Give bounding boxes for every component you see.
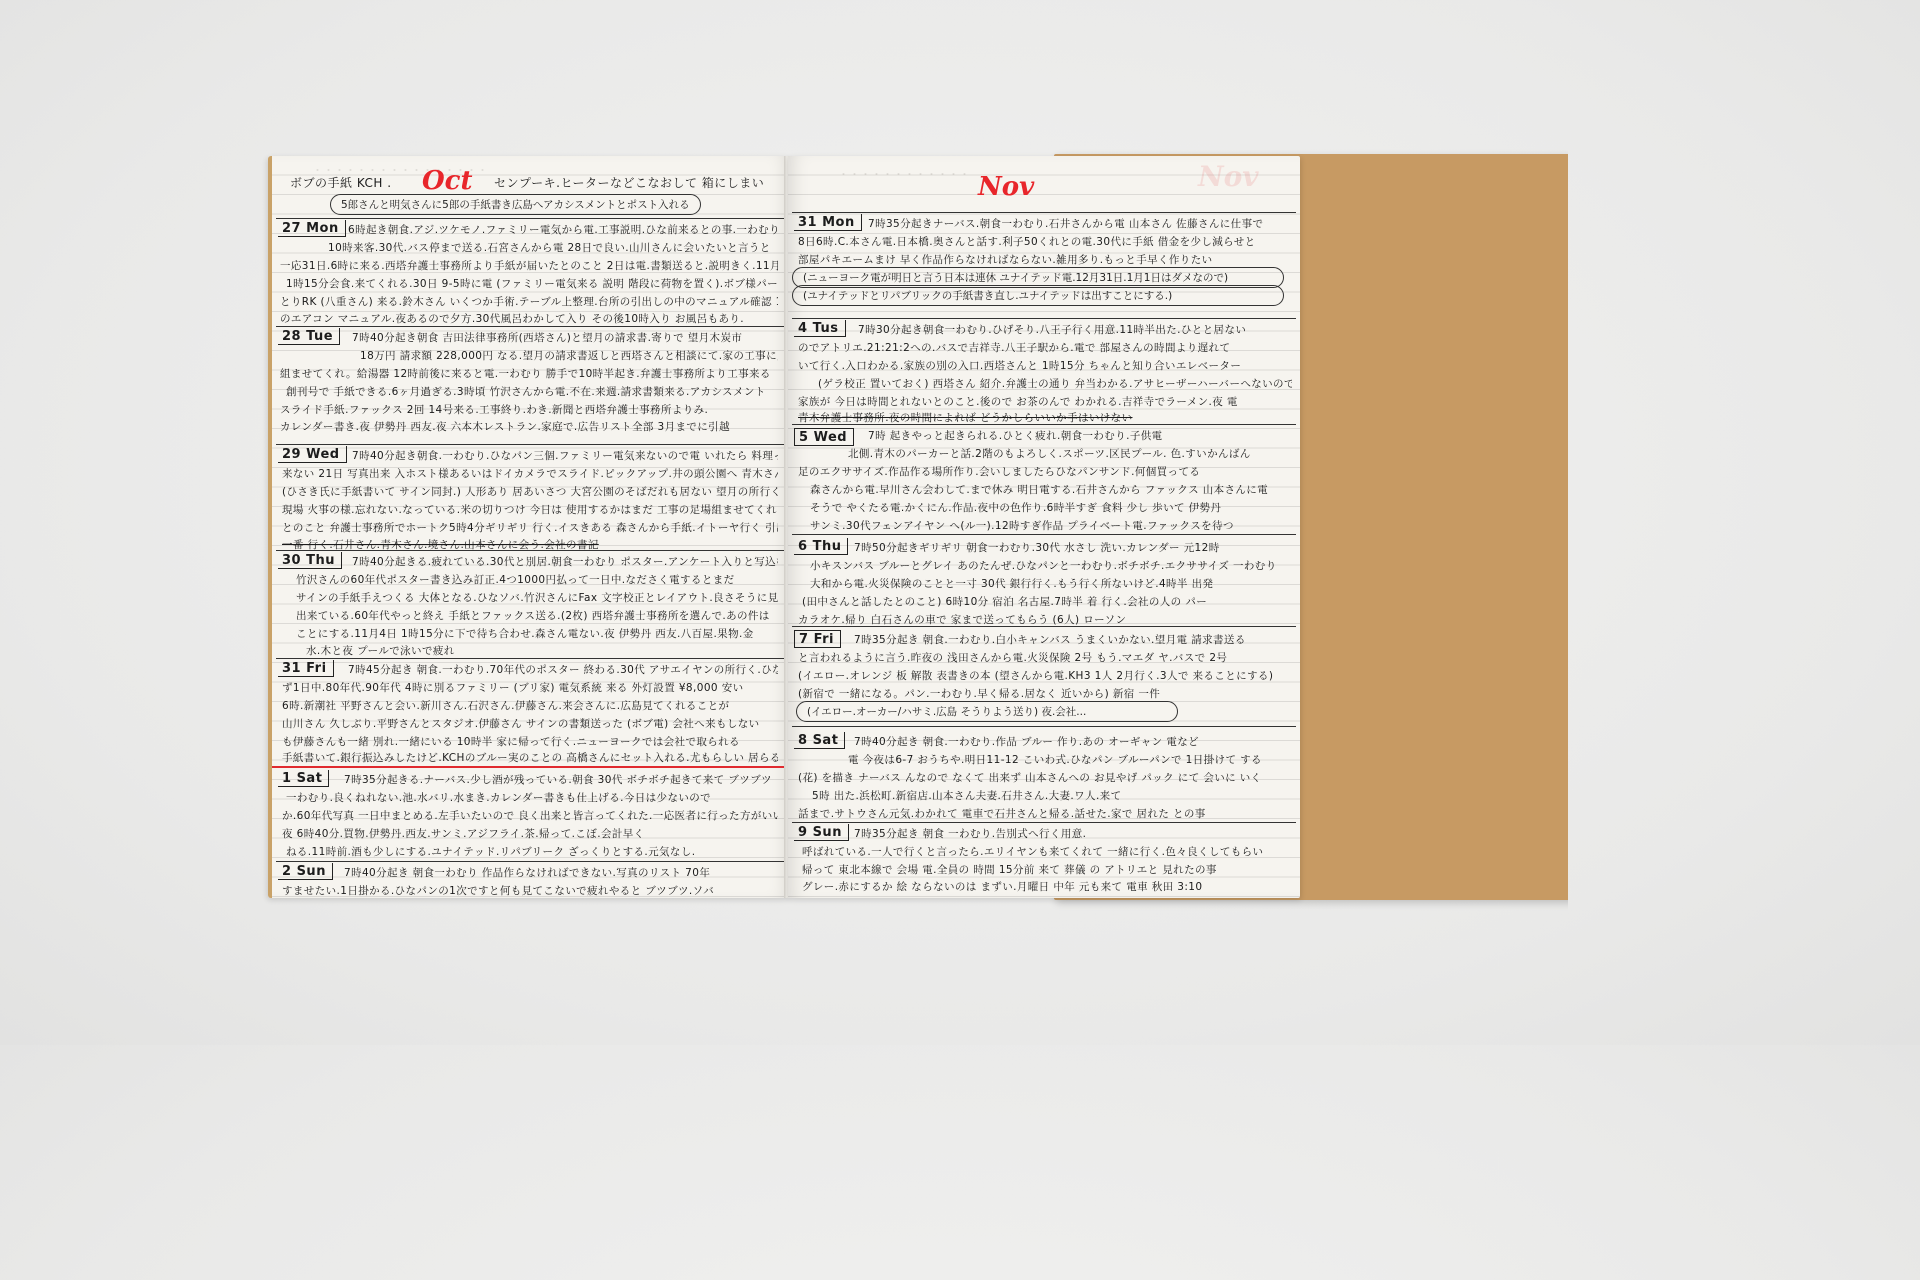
- month-heading-oct: Oct: [422, 166, 473, 196]
- month-heading-nov: Nov: [978, 172, 1034, 202]
- entry-line: 6時.新潮社 平野さんと会い.新川さん.石沢さん.伊藤さん.来会さんに.広島見て…: [282, 698, 778, 713]
- entry-divider: [276, 326, 786, 327]
- entry-line: 足のエクササイズ.作品作る場所作り.会いしましたらひなパンサンド.何個買ってる: [798, 464, 1292, 479]
- entry-line: (花) を描き ナーバス んなので なくて 出来ず 山本さんへの お見やげ パッ…: [798, 770, 1292, 785]
- entry-line: ず1日中.80年代.90年代 4時に別るファミリー (ブリ家) 電気系統 来る …: [282, 680, 778, 695]
- entry-line: 7時40分起き朝食 吉田法律事務所(西塔さん)と望月の請求書.寄りで 望月木炭市: [352, 330, 778, 345]
- entry-line: サインの手紙手えつくる 大体となる.ひなソバ.竹沢さんにFax 文字校正とレイア…: [296, 590, 778, 605]
- entry-divider: [792, 822, 1296, 823]
- day-label-28-tue: 28 Tue: [278, 328, 340, 345]
- entry-line: 現場 火事の様.忘れない.なっている.米の切りつけ 今日は 使用するかはまだ 工…: [282, 502, 778, 517]
- day-label-7-fri: 7 Fri: [794, 630, 841, 648]
- entry-line: 7時40分起きる.疲れている.30代と別居.朝食一わむり ポスター.アンケート入…: [352, 554, 778, 569]
- entry-line: (田中さんと話したとのこと) 6時10分 宿泊 名古屋.7時半 着 行く.会社の…: [802, 594, 1292, 609]
- entry-line: とのこと 弁護士事務所でホートク5時4分ギリギリ 行く.イスきある 森さんから手…: [282, 520, 778, 535]
- entry-line: 一わむり.良くねれない.池.水バリ.水まき.カレンダー書きも仕上げる.今日は少な…: [286, 790, 778, 805]
- entry-line: 7時35分起き 朝食.一わむり.白小キャンバス うまくいかない.望月電 請求書送…: [854, 632, 1292, 647]
- left-header-note: センプーキ.ヒーターなどこなおして 箱にしまい: [494, 174, 764, 191]
- right-page-november: Nov ・・・・・・・・・・・・ Nov 31 Mon 7時35分起きナーバス.…: [788, 156, 1300, 898]
- entry-line: 組ませてくれ。給湯器 12時前後に来ると電.一わむり 勝手で10時半起き.弁護士…: [280, 366, 778, 381]
- entry-line: 電 今夜は6-7 おうちや.明日11-12 こいわ式.ひなパン ブルーパンで 1…: [848, 752, 1292, 767]
- day-label-1-sat: 1 Sat: [278, 770, 329, 787]
- entry-line: 帰って 東北本線で 会場 電.全員の 時間 15分前 来て 葬儀 の アトリエと…: [802, 862, 1292, 877]
- bleed-through-text: ・・・・・・・・・・・・: [838, 166, 970, 182]
- entry-line-struck: 青木弁護士事務所.夜の時間によれば どうかしらいいか手はいけない: [798, 410, 1292, 425]
- entry-line: 来ない 21日 写真出来 入ホスト様あるいはドイカメラでスライド.ピックアップ.…: [282, 466, 778, 481]
- entry-line: 山川さん 久しぶり.平野さんとスタジオ.伊藤さん サインの書類送った (ボブ電)…: [282, 716, 778, 731]
- entry-line: サンミ.30代フェンアイヤン へ(ル一).12時すぎ作品 プライベート電.ファッ…: [810, 518, 1292, 533]
- entry-line: そうで やくたる電.かくにん.作品.夜中の色作り.6時半すぎ 食料 少し 歩いて…: [810, 500, 1292, 515]
- day-label-3-mon: 31 Mon: [794, 214, 862, 231]
- entry-divider: [276, 550, 786, 551]
- entry-line: グレー.赤にするか 絵 ならないのは まずい.月曜日 中年 元も来て 電車 秋田…: [802, 879, 1292, 894]
- entry-divider: [792, 726, 1296, 727]
- entry-line: 森さんから電.早川さん会わして.まで休み 明日電する.石井さんから ファックス …: [810, 482, 1292, 497]
- entry-line: 家族が 今日は時間とれないとのこと.後ので お茶のんで わかれる.吉祥寺でラーメ…: [798, 394, 1292, 409]
- entry-line: 部屋パキエームまけ 早く作品作らなければならない.雑用多り.もっと手早く作りたい: [798, 252, 1292, 267]
- entry-line: 6時起き朝食.アジ.ツケモノ.ファミリー電気から電.工事説明.ひな前来るとの事.…: [348, 222, 778, 237]
- entry-line: 大和から電.火災保険のことと一寸 30代 銀行行く.もう行く所ないけど.4時半 …: [810, 576, 1292, 591]
- entry-line: のエアコン マニュアル.夜あるので夕方.30代風呂わかして入り その後10時入り…: [280, 311, 778, 326]
- entry-line: か.60年代写真 一日中まとめる.左手いたいので 良く出来と皆言ってくれた.一応…: [282, 808, 778, 823]
- day-label-6-thu: 6 Thu: [794, 538, 848, 555]
- entry-line: 呼ばれている.一人で行くと言ったら.エリイヤンも来てくれて 一緒に行く.色々良く…: [802, 844, 1292, 859]
- day-label-9-sun: 9 Sun: [794, 824, 849, 841]
- entry-line: カラオケ.帰り 白石さんの車で 家まで送ってもらう (6人) ローソン: [798, 612, 1292, 627]
- entry-line: 出来ている.60年代やっと終え 手紙とファックス送る.(2枚) 西塔弁護士事務所…: [296, 608, 778, 623]
- entry-line: 手紙書いて.銀行振込みしたけど.KCHのブルー実のことの 高橋さんにセット入れる…: [282, 750, 778, 765]
- day-label-4-tue: 4 Tus: [794, 320, 846, 337]
- entry-line: 7時45分起き 朝食.一わむり.70年代のポスター 終わる.30代 アサエイヤン…: [348, 662, 778, 677]
- entry-line: 7時30分起き朝食一わむり.ひげそり.八王子行く用意.11時半出た.ひとと居ない: [858, 322, 1292, 337]
- entry-line: 夜 6時40分.買物.伊勢丹.西友.サンミ.アジフライ.茶.帰って.こぼ.会計早…: [282, 826, 778, 841]
- open-notebook: ・・・・・・・・・・・・・・・・ ボブの手紙 KCH . Oct センプーキ.ヒ…: [268, 152, 1312, 902]
- entry-line: ことにする.11月4日 1時15分に下で待ち合わせ.森さん電ない.夜 伊勢丹 西…: [296, 626, 778, 641]
- entry-line: 5時 出た.浜松町.新宿店.山本さん夫妻.石井さん.大妻.ワ人.来て: [812, 788, 1292, 803]
- bleed-through-month: Nov: [1198, 160, 1259, 193]
- entry-line: とりRK (八重さん) 来る.鈴木さん いくつか手術.テーブル上整理.台所の引出…: [280, 294, 778, 309]
- day-label-8-sat: 8 Sat: [794, 732, 845, 749]
- entry-line: 竹沢さんの60年代ポスター書き込み訂正.4つ1000円払って一日中.なださく電す…: [296, 572, 778, 587]
- circled-note: 5郎さんと明気さんに5郎の手紙書き広島へアカシスメントとポスト入れる: [330, 194, 701, 215]
- entry-line: 小キスンバス ブルーとグレイ あのたんぜ.ひなパンと一わむり.ボチボチ.エクササ…: [810, 558, 1292, 573]
- red-underline: [272, 766, 790, 768]
- entry-line: 7時35分起きる.ナーバス.少し酒が残っている.朝食 30代 ボチボチ起きて来て…: [344, 772, 778, 787]
- entry-line: ねる.11時前.酒も少しにする.ユナイテッド.リパブリーク ざっくりとする.元気…: [286, 844, 778, 859]
- entry-line: 話まで.サトウさん元気.わかれて 電車で石井さんと帰る.話せた.家で 居れた と…: [798, 806, 1292, 821]
- entry-line: 7時40分起き 朝食一わむり 作品作らなければできない.写真のリスト 70年: [344, 865, 778, 880]
- day-label-30-thu: 30 Thu: [278, 552, 342, 569]
- entry-divider: [792, 626, 1296, 627]
- entry-divider: [792, 424, 1296, 425]
- left-header-text: ボブの手紙 KCH .: [290, 174, 392, 191]
- entry-line: のでアトリエ.21:21:2への.バスで吉祥寺.八王子駅から.電で 部屋さんの時…: [798, 340, 1292, 355]
- entry-divider: [276, 658, 786, 659]
- day-label-5-wed: 5 Wed: [794, 428, 854, 446]
- entry-line: と言われるように言う.昨夜の 浅田さんから電.火災保険 2号 もう.マエダ ヤ.…: [798, 650, 1292, 665]
- entry-line: 7時50分起きギリギリ 朝食一わむり.30代 水さし 洗い.カレンダー 元12時: [854, 540, 1292, 555]
- entry-line: 10時来客.30代.バス停まで送る.石宮さんから電 28日で良い.山川さんに会い…: [328, 240, 778, 255]
- day-label-2-sun: 2 Sun: [278, 863, 333, 880]
- entry-line: 7時35分起きナーバス.朝食一わむり.石井さんから電 山本さん 佐藤さんに仕事で: [868, 216, 1292, 231]
- entry-line: (イエロー.オレンジ 板 解散 表書きの本 (望さんから電.KH3 1人 2月行…: [798, 668, 1292, 683]
- entry-line: 7時40分起き朝食.一わむり.ひなパン三個.ファミリー電気来ないので電 いれたら…: [352, 448, 778, 463]
- entry-line: いて行く.入口わかる.家族の別の入口.西塔さんと 1時15分 ちゃんと知り合いエ…: [798, 358, 1292, 373]
- entry-divider: [792, 534, 1296, 535]
- day-label-29-wed: 29 Wed: [278, 446, 347, 463]
- entry-divider: [792, 212, 1296, 213]
- entry-line: 1時15分会食.来てくれる.30日 9-5時に電 (ファミリー電気来る 説明 階…: [286, 276, 778, 291]
- entry-divider: [276, 218, 786, 219]
- entry-line: 7時 起きやっと起きられる.ひとく疲れ.朝食一わむり.子供電: [868, 428, 1292, 443]
- entry-divider: [792, 318, 1296, 319]
- entry-line: 7時35分起き 朝食 一わむり.告別式へ行く用意.: [854, 826, 1292, 841]
- entry-line: 18万円 請求額 228,000円 なる.望月の請求書返しと西塔さんと相談にて.…: [360, 348, 778, 363]
- entry-line: カレンダー書き.夜 伊勢丹 西友.夜 六本木レストラン.家庭で.広告リスト全部 …: [280, 419, 778, 434]
- entry-line: 水.木と夜 プールで泳いで疲れ: [306, 643, 606, 658]
- entry-line: 8日6時.C.本さん電.日本橋.奥さんと話す.利子50くれとの電.30代に手紙 …: [798, 234, 1292, 249]
- entry-line: 7時40分起き 朝食.一わむり.作品 ブルー 作り.あの オーギャン 電など: [854, 734, 1292, 749]
- circled-note: (ユナイテッドとリパブリックの手紙書き直し.ユナイテッドは出すことにする.): [792, 285, 1284, 306]
- entry-line: も伊藤さんも一緒 別れ.一緒にいる 10時半 家に帰って行く.ニューヨークでは会…: [282, 734, 778, 749]
- entry-line: スライド手紙.ファックス 2回 14号来る.工事終り.わき.新聞と西塔弁護士事務…: [280, 402, 778, 417]
- entry-divider: [276, 861, 786, 862]
- entry-line: 創刊号で 手紙できる.6ヶ月過ぎる.3時頃 竹沢さんから電.不在.来週.請求書類…: [286, 384, 778, 399]
- day-label-31-fri: 31 Fri: [278, 660, 334, 677]
- entry-line: (新宿で 一緒になる。パン.一わむり.早く帰る.居なく 近いから) 新宿 一件: [798, 686, 1292, 701]
- entry-line: (ゲラ校正 置いておく) 西塔さん 紹介.弁護士の通り 弁当わかる.アサヒーザー…: [818, 376, 1292, 391]
- entry-line: (ひさき氏に手紙書いて サイン同封.) 人形あり 居あいさつ 大宮公園のそばだれ…: [282, 484, 778, 499]
- left-page-october: ・・・・・・・・・・・・・・・・ ボブの手紙 KCH . Oct センプーキ.ヒ…: [268, 156, 790, 898]
- day-label-27-mon: 27 Mon: [278, 220, 346, 237]
- entry-line: 一応31日.6時に来る.西塔弁護士事務所より手紙が届いたとのこと 2日は電.書類…: [280, 258, 778, 273]
- entry-line: 北側.青木のパーカーと話.2階のもよろしく.スポーツ.区民プール. 色.すいかん…: [848, 446, 1292, 461]
- entry-line: すませたい.1日掛かる.ひなパンの1次ですと何も見てこないで疲れやると ブツブツ…: [282, 883, 778, 898]
- entry-divider: [276, 444, 786, 445]
- circled-note: (イエロー.オーカー/ハサミ.広島 そうりよう送り) 夜.会社...: [796, 701, 1178, 722]
